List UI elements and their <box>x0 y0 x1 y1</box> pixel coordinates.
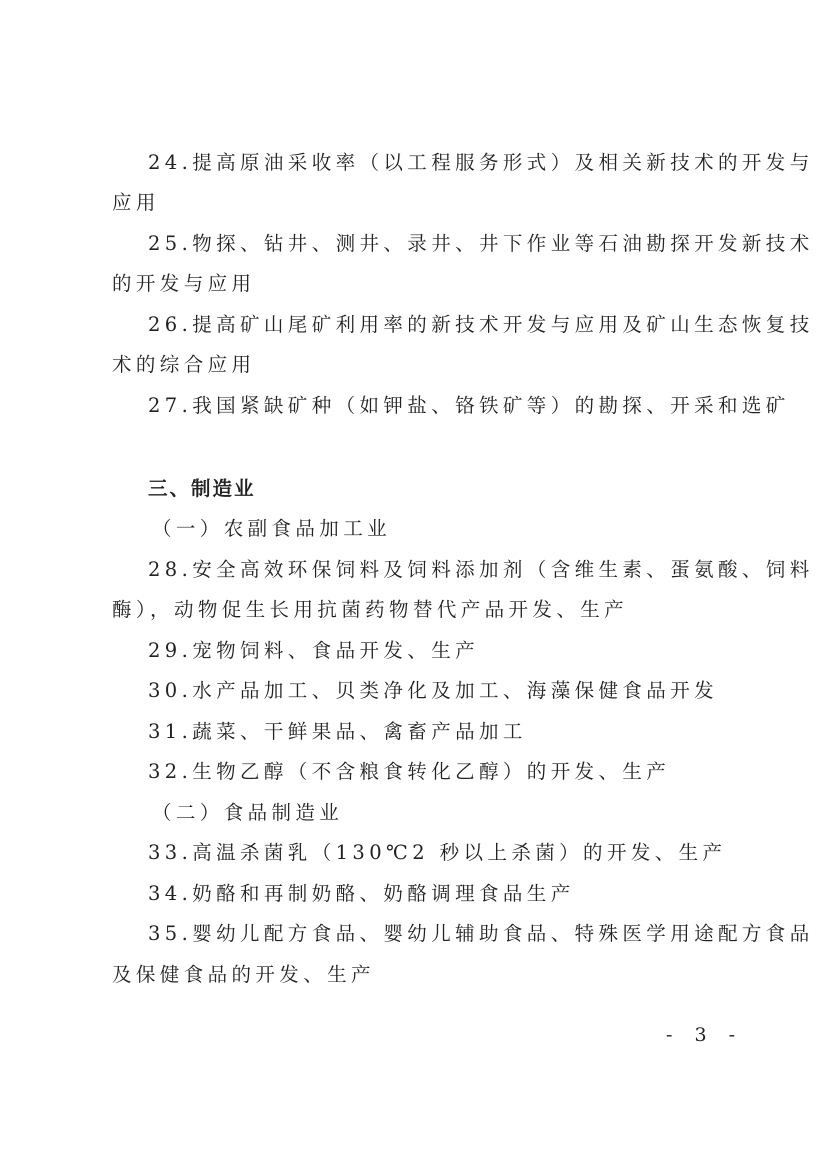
item-31: 31.蔬菜、干鲜果品、禽畜产品加工 <box>148 720 527 744</box>
item-24-line1: 24.提高原油采收率（以工程服务形式）及相关新技术的开发与 <box>148 151 814 175</box>
item-32: 32.生物乙醇（不含粮食转化乙醇）的开发、生产 <box>148 760 670 784</box>
subsection-heading-2: （二）食品制造业 <box>152 801 343 825</box>
item-35-line2: 及保健食品的开发、生产 <box>112 963 375 987</box>
item-25-line1: 25.物探、钻井、测井、录井、井下作业等石油勘探开发新技术 <box>148 232 814 256</box>
item-26-line1: 26.提高矿山尾矿利用率的新技术开发与应用及矿山生态恢复技 <box>148 313 814 337</box>
item-30: 30.水产品加工、贝类净化及加工、海藻保健食品开发 <box>148 679 718 703</box>
item-29: 29.宠物饲料、食品开发、生产 <box>148 639 479 663</box>
item-26-line2: 术的综合应用 <box>112 353 255 377</box>
item-25-line2: 的开发与应用 <box>112 272 255 296</box>
subsection-heading-1: （一）农副食品加工业 <box>152 517 391 541</box>
item-24-line2: 应用 <box>112 191 160 215</box>
item-27-line1: 27.我国紧缺矿种（如钾盐、铬铁矿等）的勘探、开采和选矿 <box>148 394 790 418</box>
item-28-line2: 酶），动物促生长用抗菌药物替代产品开发、生产 <box>112 598 628 622</box>
item-28-line1: 28.安全高效环保饲料及饲料添加剂（含维生素、蛋氨酸、饲料 <box>148 558 814 582</box>
item-33: 33.高温杀菌乳（130℃2 秒以上杀菌）的开发、生产 <box>148 841 726 865</box>
item-35-line1: 35.婴幼儿配方食品、婴幼儿辅助食品、特殊医学用途配方食品 <box>148 922 814 946</box>
section-heading: 三、制造业 <box>148 477 256 501</box>
item-34: 34.奶酪和再制奶酪、奶酪调理食品生产 <box>148 882 575 906</box>
page-number: - 3 - <box>666 1024 743 1046</box>
